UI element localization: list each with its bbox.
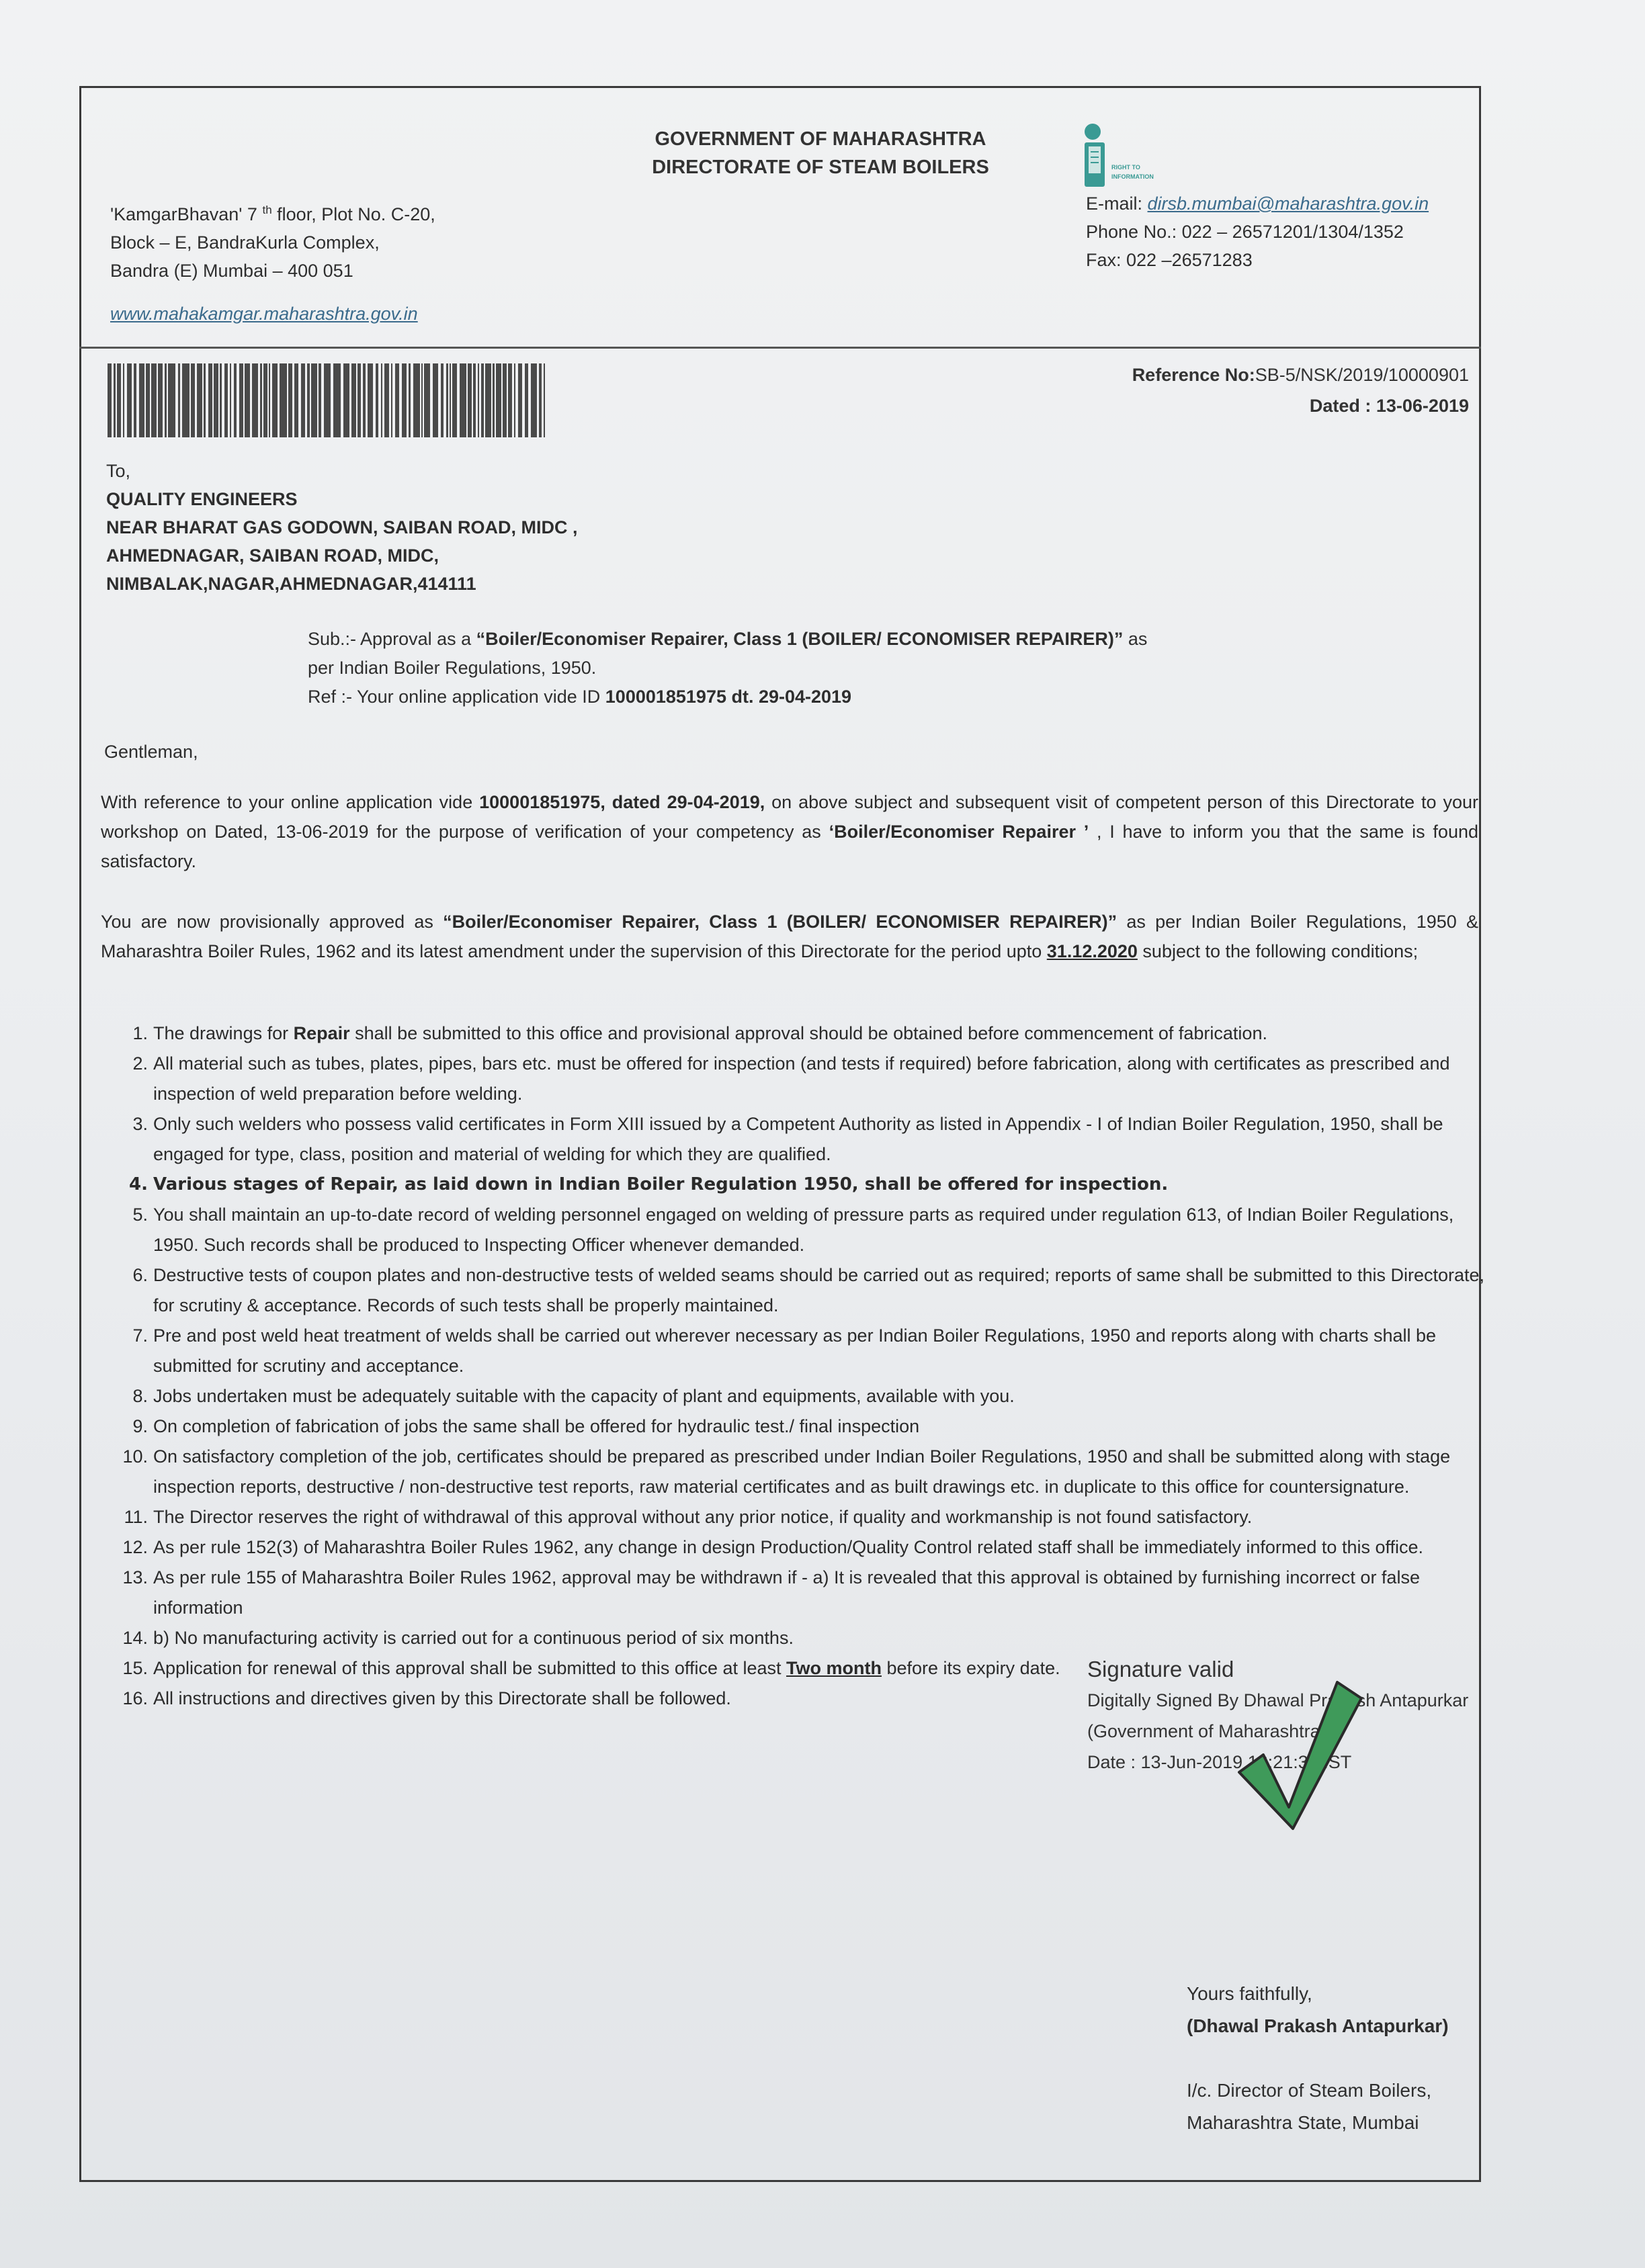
email-label: E-mail:	[1086, 193, 1148, 214]
condition-number: 16.	[121, 1684, 148, 1714]
office-address: 'KamgarBhavan' 7 th floor, Plot No. C-20…	[110, 196, 435, 285]
reference-block: Reference No:SB-5/NSK/2019/10000901 Date…	[1132, 359, 1469, 421]
condition-number: 8.	[121, 1381, 148, 1411]
condition-text: As per rule 155 of Maharashtra Boiler Ru…	[153, 1567, 1420, 1618]
address-line-2: Block – E, BandraKurla Complex,	[110, 228, 435, 257]
condition-item: 4.Various stages of Repair, as laid down…	[121, 1170, 1485, 1200]
condition-text: Destructive tests of coupon plates and n…	[153, 1265, 1484, 1315]
subject-block: Sub.:- Approval as a “Boiler/Economiser …	[308, 625, 1147, 711]
address-superscript: th	[262, 204, 271, 216]
validity-date: 31.12.2020	[1047, 941, 1138, 961]
paragraph-reference: With reference to your online applicatio…	[101, 787, 1478, 876]
to-label: To,	[106, 457, 578, 485]
application-id: 100001851975 dt. 29-04-2019	[605, 687, 851, 707]
condition-number: 12.	[121, 1532, 148, 1563]
dated-label: Dated :	[1310, 396, 1376, 416]
condition-text: Only such welders who possess valid cert…	[153, 1114, 1443, 1164]
condition-item: 9.On completion of fabrication of jobs t…	[121, 1411, 1485, 1442]
condition-text: The Director reserves the right of withd…	[153, 1507, 1252, 1527]
condition-text: Repair	[294, 1023, 350, 1043]
condition-item: 2.All material such as tubes, plates, pi…	[121, 1049, 1485, 1109]
right-to-information-icon: RIGHT TO INFORMATION	[1083, 122, 1197, 195]
paragraph-bold: 100001851975, dated 29-04-2019,	[479, 792, 765, 812]
condition-item: 8.Jobs undertaken must be adequately sui…	[121, 1381, 1485, 1411]
condition-number: 5.	[121, 1200, 148, 1230]
condition-number: 1.	[121, 1018, 148, 1049]
fax-number: Fax: 022 –26571283	[1086, 246, 1429, 274]
approval-class: “Boiler/Economiser Repairer, Class 1 (BO…	[443, 912, 1117, 932]
phone-number: Phone No.: 022 – 26571201/1304/1352	[1086, 218, 1429, 246]
condition-text: Application for renewal of this approval…	[153, 1658, 786, 1678]
reference-number: SB-5/NSK/2019/10000901	[1255, 365, 1469, 385]
subject-prefix: Sub.:- Approval as a	[308, 629, 476, 649]
condition-text: Jobs undertaken must be adequately suita…	[153, 1386, 1015, 1406]
condition-item: 13.As per rule 155 of Maharashtra Boiler…	[121, 1563, 1485, 1623]
header-divider	[79, 347, 1481, 349]
condition-number: 2.	[121, 1049, 148, 1079]
condition-item: 12.As per rule 152(3) of Maharashtra Boi…	[121, 1532, 1485, 1563]
recipient-address-1: NEAR BHARAT GAS GODOWN, SAIBAN ROAD, MID…	[106, 513, 578, 541]
condition-item: 6.Destructive tests of coupon plates and…	[121, 1260, 1485, 1321]
contact-block: E-mail: dirsb.mumbai@maharashtra.gov.in …	[1086, 189, 1429, 274]
condition-item: 14.b) No manufacturing activity is carri…	[121, 1623, 1485, 1653]
address-line-1: 'KamgarBhavan' 7	[110, 204, 257, 224]
paragraph-text: With reference to your online applicatio…	[101, 792, 479, 812]
signature-valid-check-icon	[1236, 1680, 1364, 1831]
condition-number: 9.	[121, 1411, 148, 1442]
condition-text: Various stages of Repair, as laid down i…	[153, 1174, 1168, 1194]
condition-text: Two month	[786, 1658, 882, 1678]
svg-text:INFORMATION: INFORMATION	[1111, 173, 1154, 180]
reference-label: Reference No:	[1132, 365, 1255, 385]
condition-text: You shall maintain an up-to-date record …	[153, 1205, 1453, 1255]
condition-item: 1.The drawings for Repair shall be submi…	[121, 1018, 1485, 1049]
signatory-location: Maharashtra State, Mumbai	[1187, 2107, 1449, 2139]
condition-number: 15.	[121, 1653, 148, 1684]
condition-text: b) No manufacturing activity is carried …	[153, 1628, 794, 1648]
condition-item: 11.The Director reserves the right of wi…	[121, 1502, 1485, 1532]
condition-number: 7.	[121, 1321, 148, 1351]
condition-text: All material such as tubes, plates, pipe…	[153, 1053, 1450, 1104]
condition-text: Pre and post weld heat treatment of weld…	[153, 1325, 1436, 1376]
paragraph-text: You are now provisionally approved as	[101, 912, 443, 932]
subject-ref-prefix: Ref :- Your online application vide ID	[308, 687, 605, 707]
barcode	[108, 363, 548, 437]
condition-text: All instructions and directives given by…	[153, 1688, 731, 1708]
svg-text:RIGHT TO: RIGHT TO	[1111, 164, 1140, 171]
dated-value: 13-06-2019	[1376, 396, 1469, 416]
paragraph-text: subject to the following conditions;	[1138, 941, 1418, 961]
condition-text: shall be submitted to this office and pr…	[350, 1023, 1267, 1043]
condition-number: 10.	[121, 1442, 148, 1472]
condition-number: 13.	[121, 1563, 148, 1593]
email-link[interactable]: dirsb.mumbai@maharashtra.gov.in	[1148, 193, 1429, 214]
conditions-list: 1.The drawings for Repair shall be submi…	[121, 1018, 1485, 1714]
condition-number: 14.	[121, 1623, 148, 1653]
address-line-1-rest: floor, Plot No. C-20,	[272, 204, 435, 224]
website-link[interactable]: www.mahakamgar.maharashtra.gov.in	[110, 304, 418, 324]
condition-item: 10.On satisfactory completion of the job…	[121, 1442, 1485, 1502]
condition-item: 3.Only such welders who possess valid ce…	[121, 1109, 1485, 1170]
condition-text: As per rule 152(3) of Maharashtra Boiler…	[153, 1537, 1423, 1557]
recipient-address-2: AHMEDNAGAR, SAIBAN ROAD, MIDC,	[106, 541, 578, 570]
subject-line-2: per Indian Boiler Regulations, 1950.	[308, 654, 1147, 683]
paragraph-approval: You are now provisionally approved as “B…	[101, 907, 1478, 966]
condition-item: 5.You shall maintain an up-to-date recor…	[121, 1200, 1485, 1260]
recipient-address-3: NIMBALAK,NAGAR,AHMEDNAGAR,414111	[106, 570, 578, 598]
condition-number: 4.	[121, 1170, 148, 1200]
salutation: Gentleman,	[104, 742, 198, 762]
directorate-title: DIRECTORATE OF STEAM BOILERS	[0, 153, 1643, 181]
condition-text: On satisfactory completion of the job, c…	[153, 1446, 1450, 1497]
closing-regards: Yours faithfully,	[1187, 1978, 1449, 2010]
condition-number: 3.	[121, 1109, 148, 1139]
paragraph-bold: ‘Boiler/Economiser Repairer ’	[829, 822, 1089, 842]
recipient-name: QUALITY ENGINEERS	[106, 485, 578, 513]
condition-text: The drawings for	[153, 1023, 294, 1043]
closing-block: Yours faithfully, (Dhawal Prakash Antapu…	[1187, 1978, 1449, 2139]
signatory-name: (Dhawal Prakash Antapurkar)	[1187, 2010, 1449, 2042]
condition-item: 7.Pre and post weld heat treatment of we…	[121, 1321, 1485, 1381]
letterhead-title: GOVERNMENT OF MAHARASHTRA DIRECTORATE OF…	[0, 125, 1645, 181]
subject-suffix: as	[1123, 629, 1147, 649]
condition-number: 11.	[121, 1502, 148, 1532]
recipient-block: To, QUALITY ENGINEERS NEAR BHARAT GAS GO…	[106, 457, 578, 598]
condition-text: On completion of fabrication of jobs the…	[153, 1416, 919, 1436]
government-title: GOVERNMENT OF MAHARASHTRA	[0, 125, 1643, 153]
condition-number: 6.	[121, 1260, 148, 1291]
condition-text: before its expiry date.	[882, 1658, 1060, 1678]
subject-title: “Boiler/Economiser Repairer, Class 1 (BO…	[476, 629, 1124, 649]
signatory-designation: I/c. Director of Steam Boilers,	[1187, 2075, 1449, 2107]
address-line-3: Bandra (E) Mumbai – 400 051	[110, 257, 435, 285]
